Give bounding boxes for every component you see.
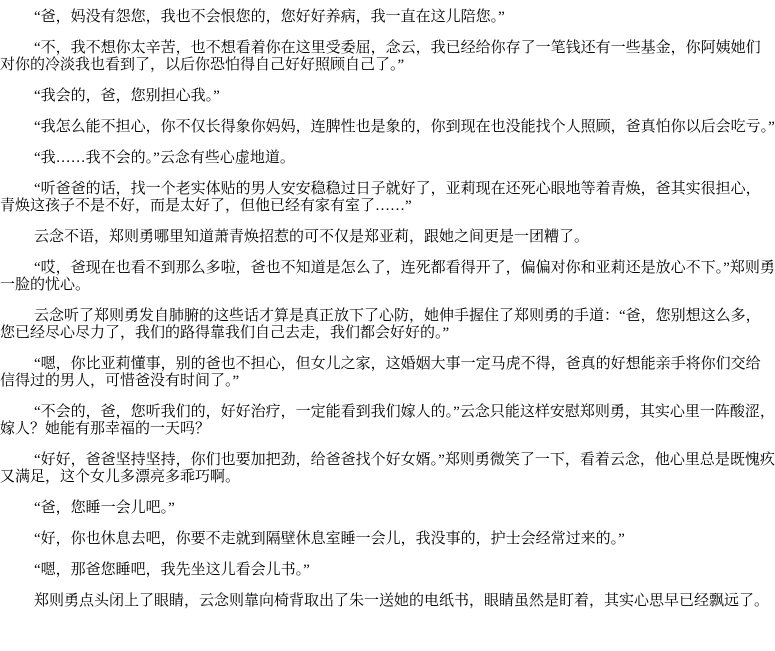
- paragraph: “爸，妈没有怨您，我也不会恨您的，您好好养病，我一直在这儿陪您。”: [0, 9, 775, 26]
- paragraph: “爸，您睡一会儿吧。”: [0, 500, 775, 517]
- paragraph: “嗯，你比亚莉懂事，别的爸也不担心，但女儿之家，这婚姻大事一定马虎不得，爸真的好…: [0, 356, 775, 390]
- paragraph: “我怎么能不担心，你不仅长得象你妈妈，连脾性也是象的，你到现在也没能找个人照顾，…: [0, 119, 775, 136]
- paragraph: “嗯，那爸您睡吧，我先坐这儿看会儿书。”: [0, 562, 775, 579]
- paragraph: 云念听了郑则勇发自肺腑的这些话才算是真正放下了心防，她伸手握住了郑则勇的手道：“…: [0, 308, 775, 342]
- paragraph: “好，你也休息去吧，你要不走就到隔壁休息室睡一会儿，我没事的，护士会经常过来的。…: [0, 531, 775, 548]
- paragraph: “我……我不会的。”云念有些心虚地道。: [0, 150, 775, 167]
- paragraph: 郑则勇点头闭上了眼睛，云念则靠向椅背取出了朱一送她的电纸书，眼睛虽然是盯着，其实…: [0, 593, 775, 610]
- paragraph: “我会的，爸，您别担心我。”: [0, 88, 775, 105]
- paragraph: 云念不语，郑则勇哪里知道萧青焕招惹的可不仅是郑亚莉，跟她之间更是一团糟了。: [0, 229, 775, 246]
- paragraph: “好好，爸爸坚持坚持，你们也要加把劲，给爸爸找个好女婿。”郑则勇微笑了一下，看着…: [0, 452, 775, 486]
- novel-text-page: “爸，妈没有怨您，我也不会恨您的，您好好养病，我一直在这儿陪您。”“不，我不想你…: [0, 0, 775, 651]
- paragraph: “听爸爸的话，找一个老实体贴的男人安安稳稳过日子就好了，亚莉现在还死心眼地等着青…: [0, 181, 775, 215]
- paragraph: “不会的，爸，您听我们的，好好治疗，一定能看到我们嫁人的。”云念只能这样安慰郑则…: [0, 404, 775, 438]
- paragraph: “哎，爸现在也看不到那么多啦，爸也不知道是怎么了，连死都看得开了，偏偏对你和亚莉…: [0, 260, 775, 294]
- paragraph: “不，我不想你太辛苦，也不想看着你在这里受委屈，念云，我已经给你存了一笔钱还有一…: [0, 40, 775, 74]
